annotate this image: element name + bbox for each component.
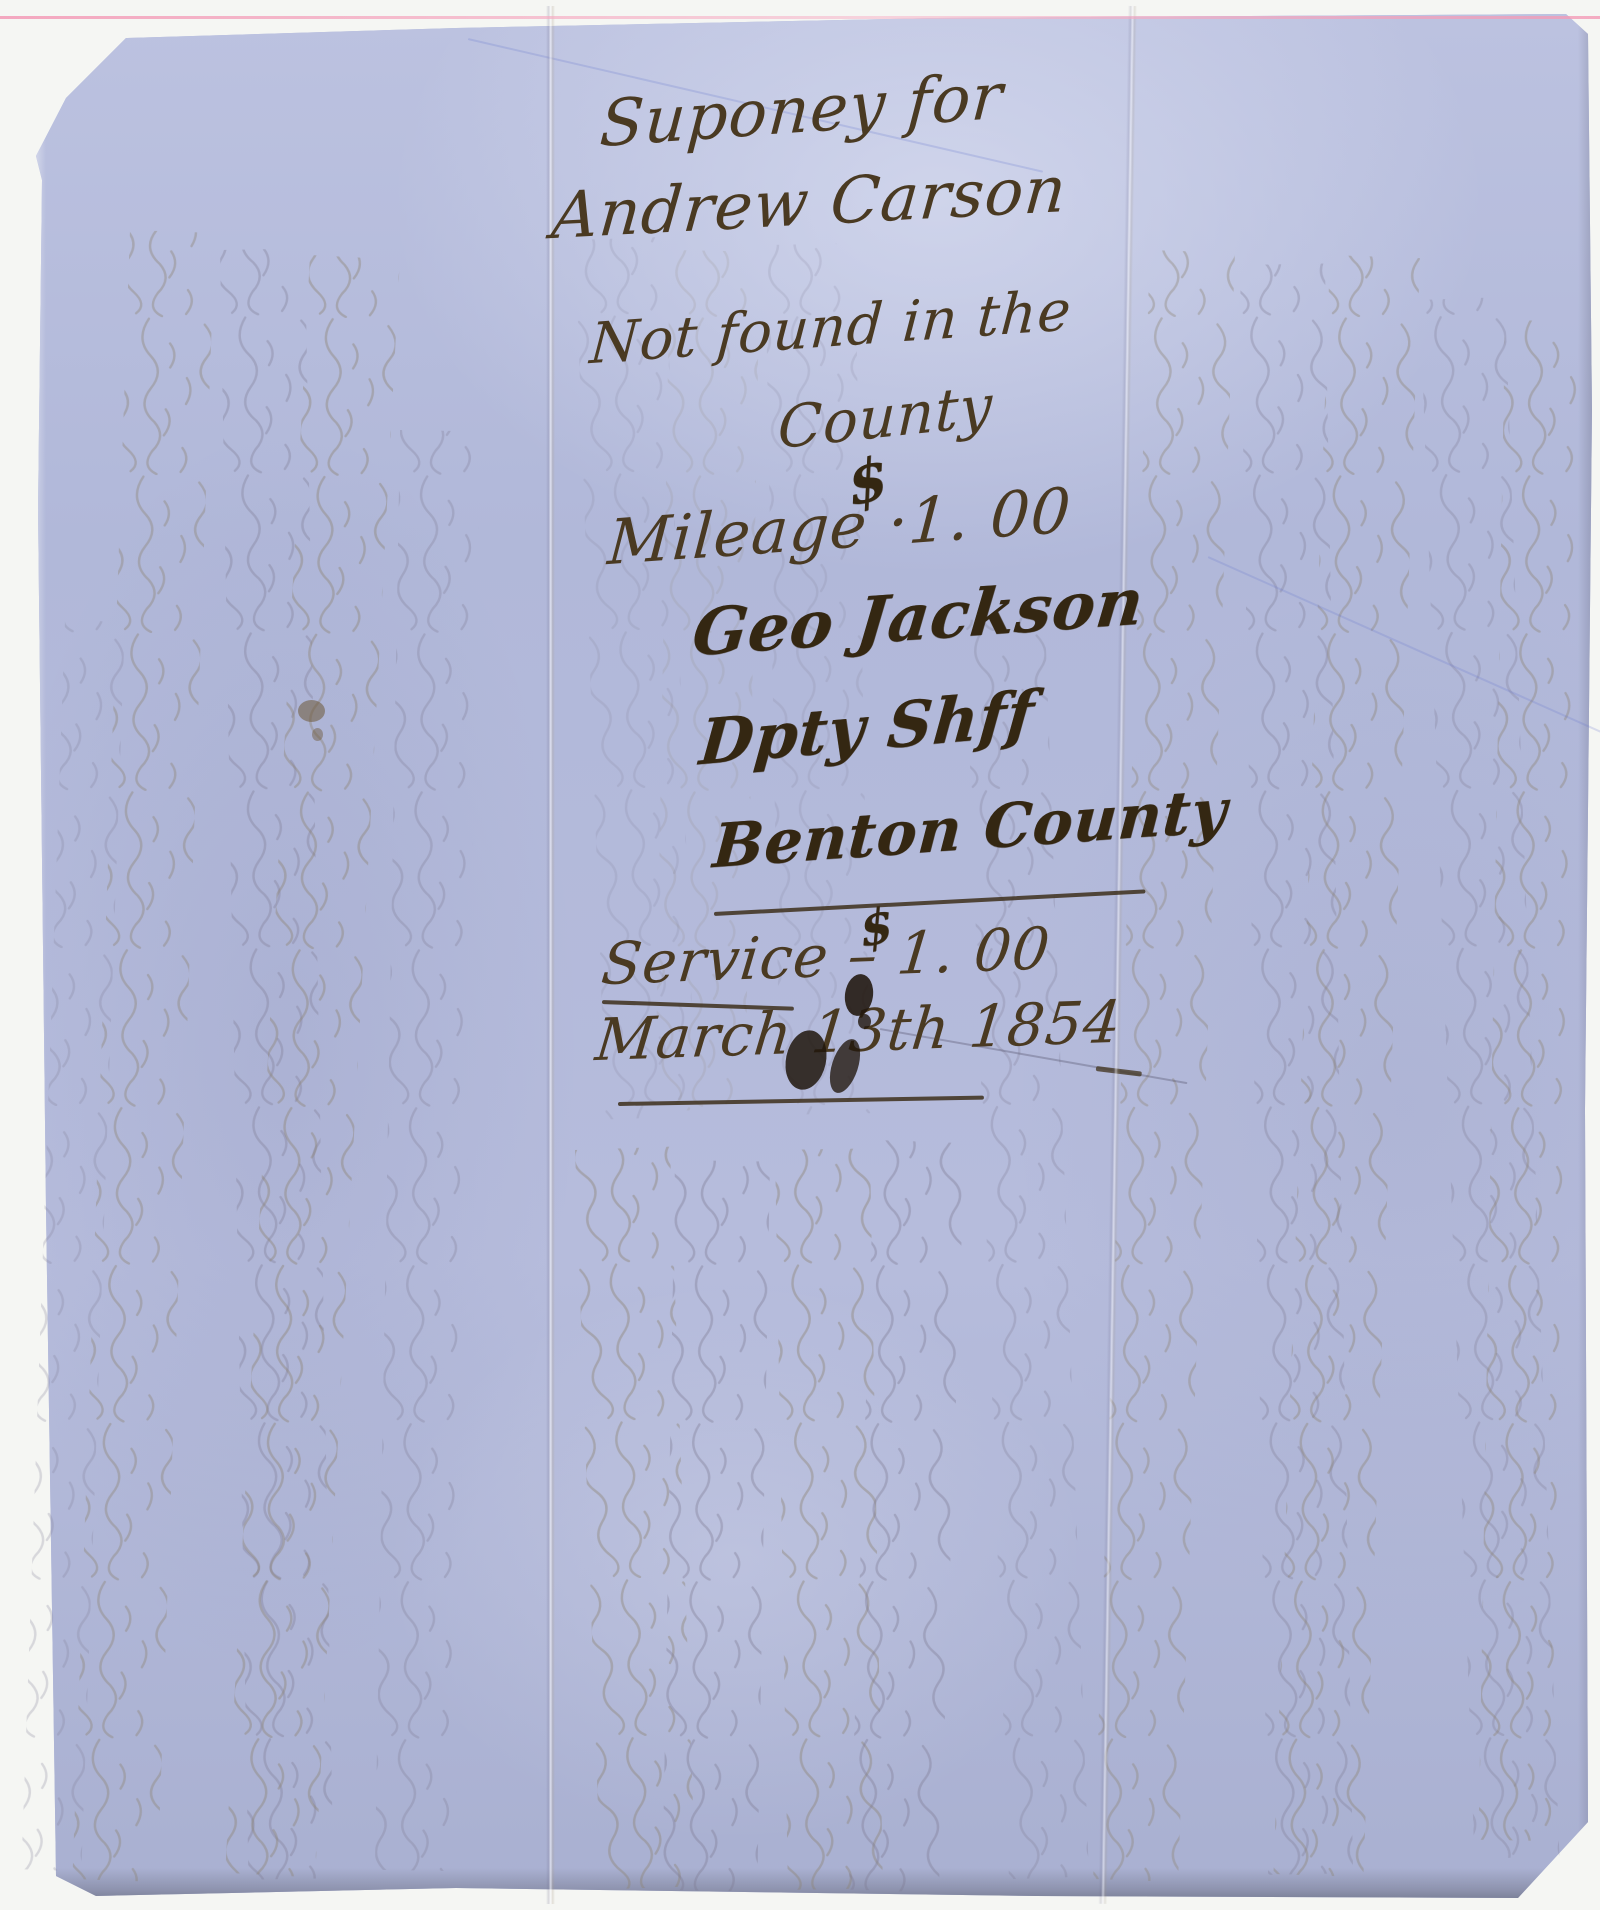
scanned-document: Suponey for Andrew Carson Not found in t… — [0, 0, 1600, 1910]
bleed-column — [662, 1160, 770, 1892]
ruled-line — [0, 16, 1600, 19]
bleed-column — [375, 430, 480, 1871]
line-service-amount: Service – 1. 00 — [599, 918, 1054, 995]
fold-crease-left — [546, 6, 555, 1904]
ink-stain — [312, 728, 323, 741]
ink-blot — [858, 1014, 871, 1029]
ink-stain — [298, 700, 325, 722]
